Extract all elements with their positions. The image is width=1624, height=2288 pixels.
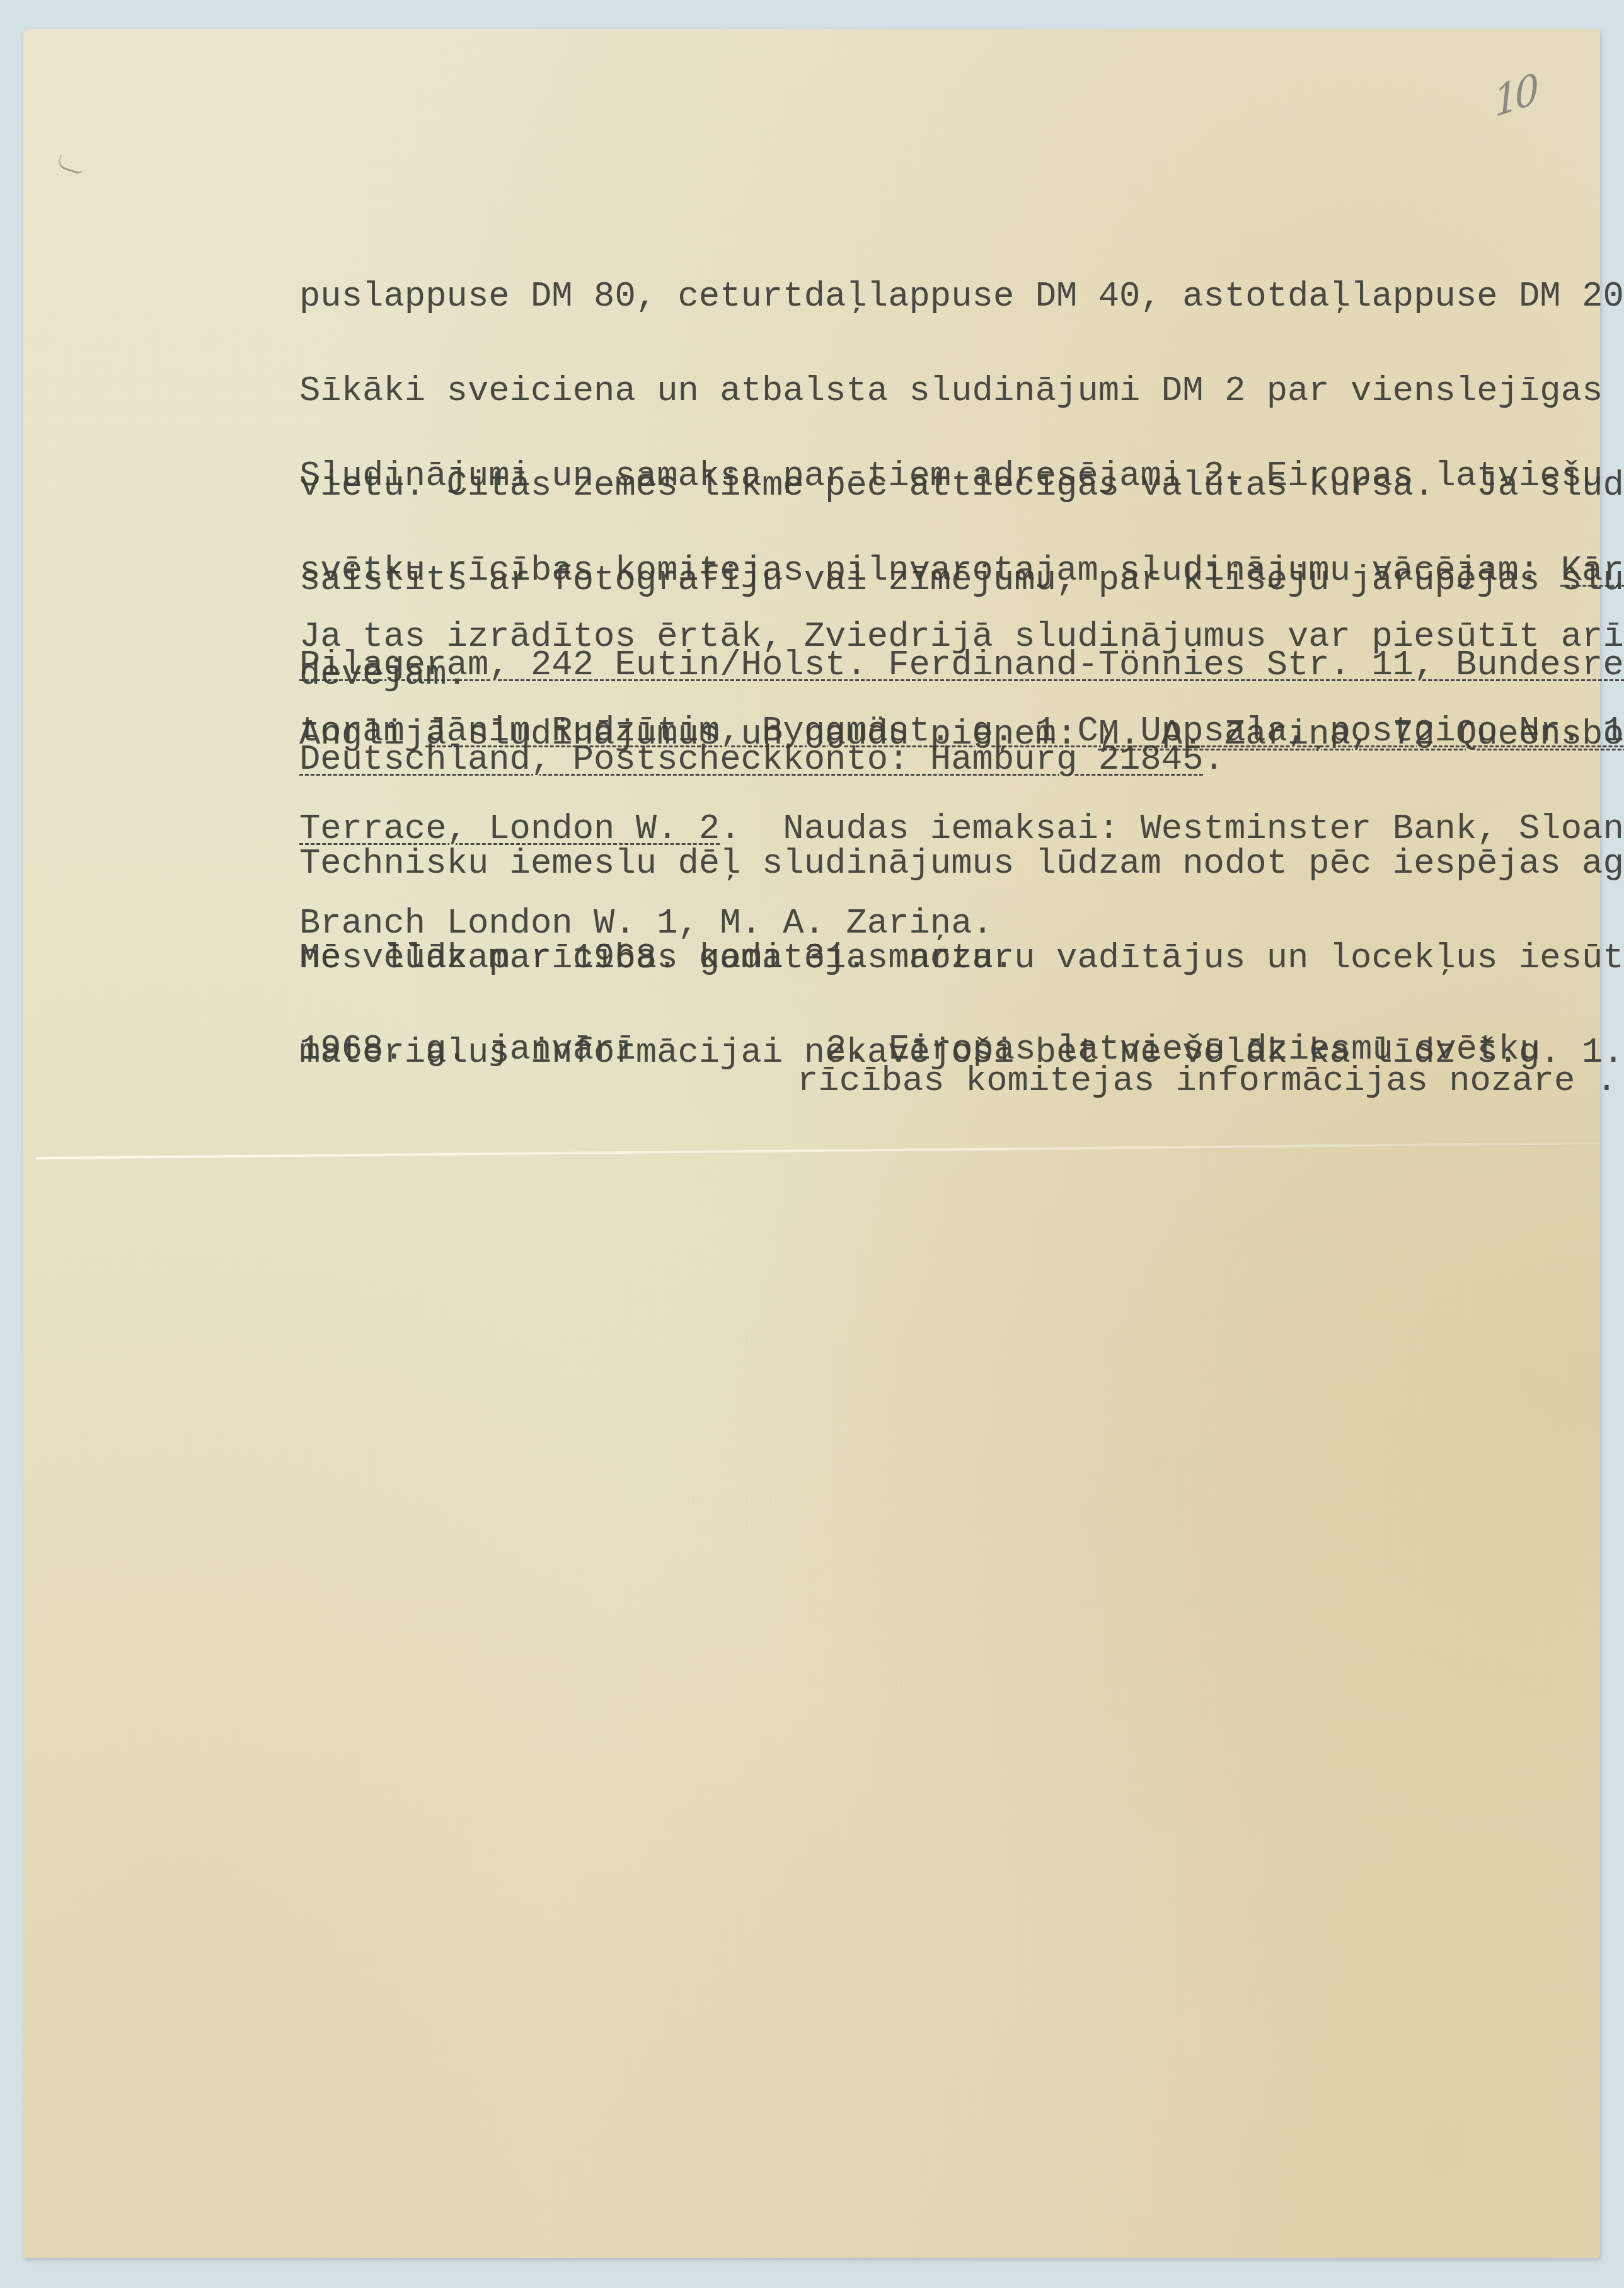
signature-line-2: rīcības komitejas informācijas nozare .: [797, 1066, 1617, 1097]
text-line: Anglijā sludinājumus un naudu pieņem: M.…: [299, 719, 1624, 750]
document-page: 10 puslappuse DM 80, ceturtdaļlappuse DM…: [23, 29, 1600, 2258]
fold-crease: [36, 1142, 1599, 1160]
corner-tear-mark: [57, 154, 86, 175]
text-line: Technisku iemeslu dēļ sludinājumus lūdza…: [299, 848, 1624, 880]
date-line: 1968. g. janvārī: [299, 1034, 636, 1066]
text-segment: Sludinājumi un samaksa par tiem adresēja…: [299, 456, 1624, 496]
handwritten-page-number: 10: [1492, 66, 1537, 127]
underlined-address: M. A. Zariņa, 72 Queensborough: [1098, 715, 1624, 754]
text-line: Mēs lūdzam rīcības komitējas nozaru vadī…: [299, 943, 1624, 974]
text-line: puslappuse DM 80, ceturtdaļlappuse DM 40…: [299, 281, 1624, 313]
text-line: Ja tas izrādītos ērtāk, Zviedrijā sludin…: [299, 621, 1624, 653]
text-line: Sludinājumi un samaksa par tiem adresēja…: [299, 461, 1624, 492]
text-segment: Ja tas izrādītos ērtāk, Zviedrijā sludin…: [299, 617, 1624, 657]
text-segment: Anglijā sludinājumus un naudu pieņem:: [299, 715, 1098, 754]
